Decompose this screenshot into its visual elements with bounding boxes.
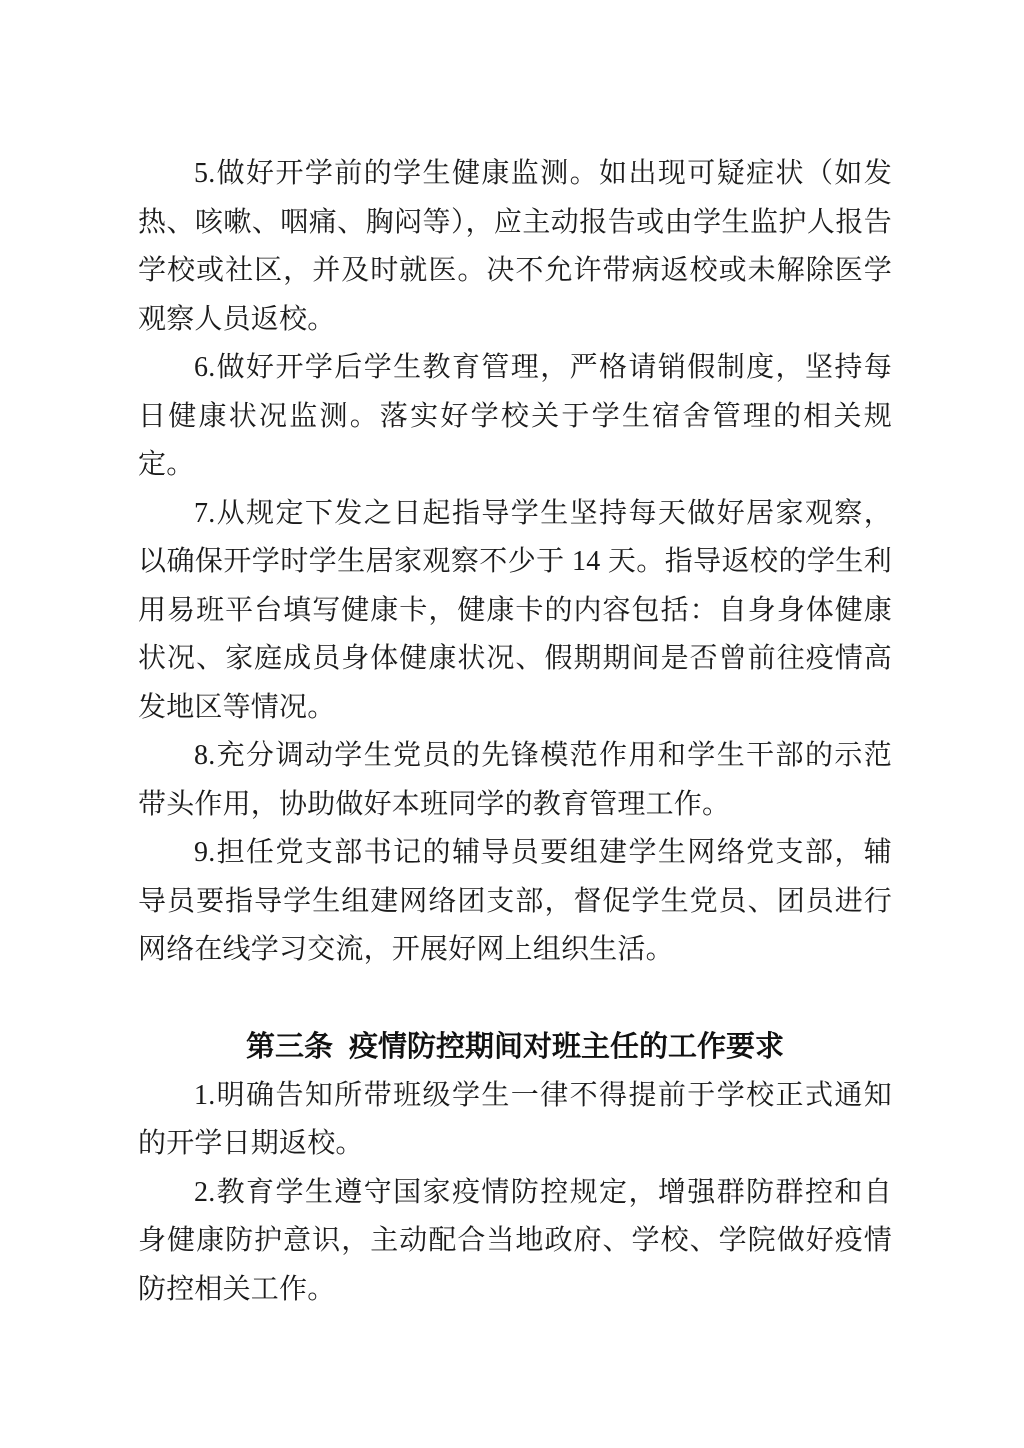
paragraph-item-8: 8.充分调动学生党员的先锋模范作用和学生干部的示范带头作用，协助做好本班同学的教… [138, 732, 892, 829]
document-content: 5.做好开学前的学生健康监测。如出现可疑症状（如发热、咳嗽、咽痛、胸闷等），应主… [138, 150, 892, 1314]
paragraph-item-1: 1.明确告知所带班级学生一律不得提前于学校正式通知的开学日期返校。 [138, 1072, 892, 1169]
paragraph-item-9: 9.担任党支部书记的辅导员要组建学生网络党支部，辅导员要指导学生组建网络团支部，… [138, 829, 892, 975]
section-heading-number: 第三条 [246, 1031, 333, 1063]
paragraph-item-5: 5.做好开学前的学生健康监测。如出现可疑症状（如发热、咳嗽、咽痛、胸闷等），应主… [138, 150, 892, 344]
document-page: 5.做好开学前的学生健康监测。如出现可疑症状（如发热、咳嗽、咽痛、胸闷等），应主… [0, 0, 1024, 1448]
paragraph-item-2: 2.教育学生遵守国家疫情防控规定，增强群防群控和自身健康防护意识，主动配合当地政… [138, 1169, 892, 1315]
paragraph-item-7: 7.从规定下发之日起指导学生坚持每天做好居家观察，以确保开学时学生居家观察不少于… [138, 490, 892, 733]
paragraph-item-6: 6.做好开学后学生教育管理，严格请销假制度，坚持每日健康状况监测。落实好学校关于… [138, 344, 892, 490]
section-heading: 第三条疫情防控期间对班主任的工作要求 [138, 1023, 892, 1072]
section-heading-title: 疫情防控期间对班主任的工作要求 [349, 1031, 784, 1063]
